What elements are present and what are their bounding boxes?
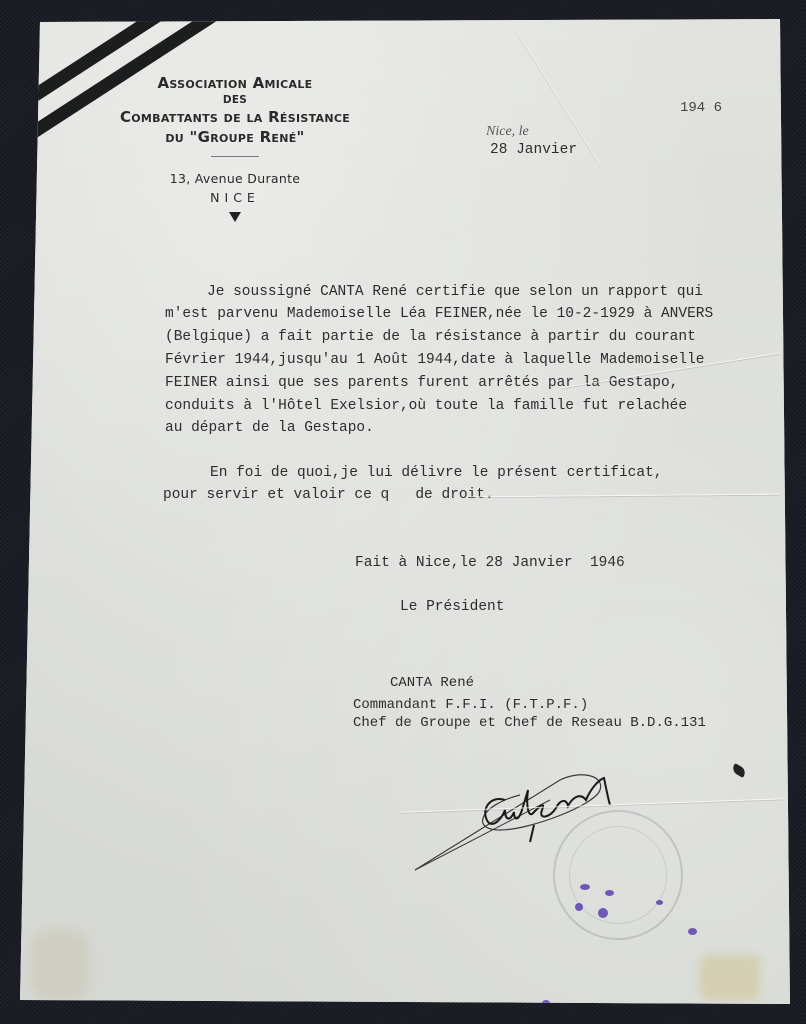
body-line: m'est parvenu Mademoiselle Léa FEINER,né… [165, 306, 713, 322]
date-year: 194 6 [680, 100, 722, 116]
body-line: pour servir et valoir ce q de droit. [163, 487, 494, 503]
letterhead-rule [211, 156, 259, 157]
date-place-printed: Nice, le [486, 124, 529, 139]
triangle-down-icon [229, 212, 241, 222]
signatory-name: CANTA René [390, 675, 474, 691]
ink-spot [688, 928, 697, 935]
body-line: Je soussigné CANTA René certifie que sel… [207, 284, 703, 300]
signatory-role: Chef de Groupe et Chef de Reseau B.D.G.1… [353, 715, 706, 731]
closing-place-date: Fait à Nice,le 28 Janvier 1946 [355, 555, 625, 571]
paper-stain [700, 955, 760, 1000]
body-line: au départ de la Gestapo. [165, 420, 374, 436]
certificate-paper: Association Amicale des Combattants de l… [0, 0, 806, 1024]
ink-spot [605, 890, 614, 896]
ink-mark [731, 763, 748, 778]
ink-spot [656, 900, 663, 905]
letterhead-city: NICE [80, 190, 390, 205]
closing-title: Le Président [400, 599, 504, 615]
letterhead-org-line3: Combattants de la Résistance [80, 108, 390, 126]
date-header: Nice, le 28 Janvier [470, 104, 577, 176]
date-day-month: 28 Janvier [490, 142, 577, 158]
paper-crease [470, 494, 780, 498]
body-line: FEINER ainsi que ses parents furent arrê… [165, 375, 678, 391]
letterhead-org-line1: Association Amicale [80, 74, 390, 92]
ink-spot [598, 908, 608, 918]
letterhead: Association Amicale des Combattants de l… [80, 74, 390, 222]
letterhead-org-line4: du "Groupe René" [80, 128, 390, 146]
handwritten-signature [410, 750, 640, 880]
ink-spot [580, 884, 590, 890]
body-line: En foi de quoi,je lui délivre le présent… [210, 465, 662, 481]
signatory-rank: Commandant F.F.I. (F.T.P.F.) [353, 697, 588, 713]
body-line: conduits à l'Hôtel Exelsior,où toute la … [165, 398, 687, 414]
ink-spot [542, 1000, 550, 1006]
letterhead-address: 13, Avenue Durante [80, 171, 390, 186]
ink-spot [575, 903, 583, 911]
body-line: Février 1944,jusqu'au 1 Août 1944,date à… [165, 352, 705, 368]
paper-stain [30, 930, 90, 1000]
body-line: (Belgique) a fait partie de la résistanc… [165, 329, 696, 345]
letterhead-org-line2: des [80, 94, 390, 106]
